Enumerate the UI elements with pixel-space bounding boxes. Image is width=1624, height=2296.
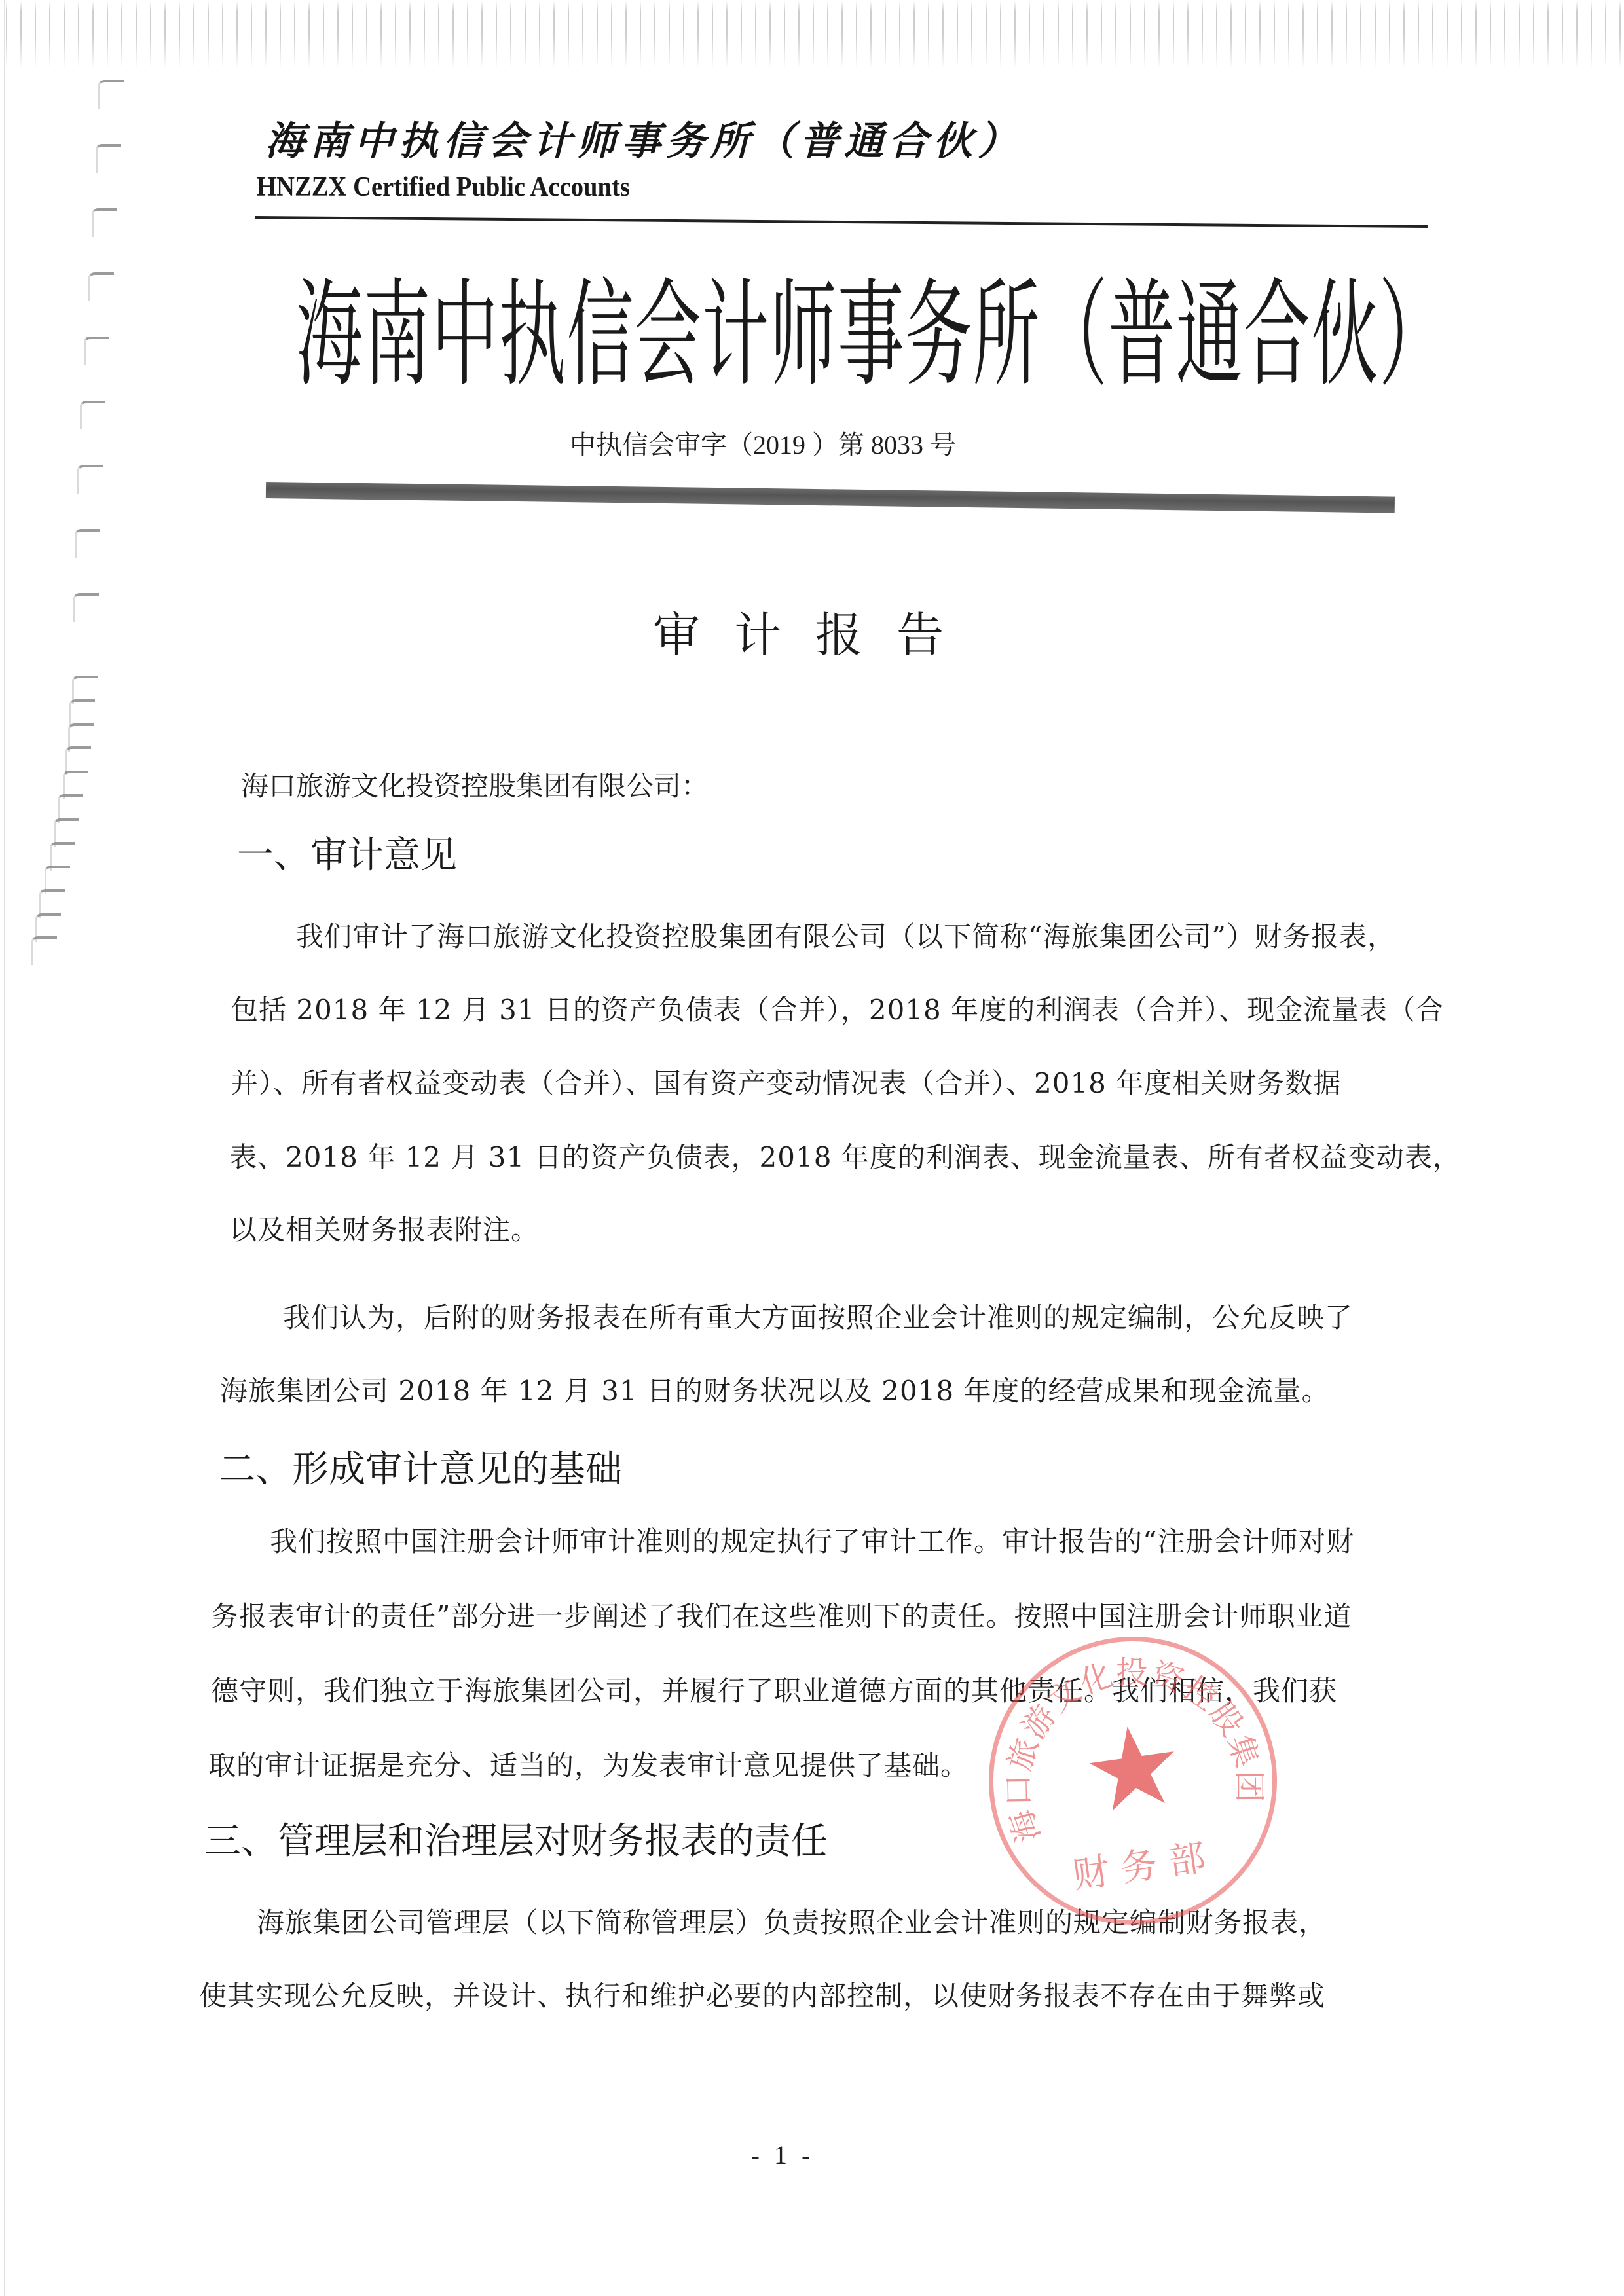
scan-noise-strip: [0, 0, 1624, 72]
letterhead-bar: [266, 482, 1395, 513]
letterhead-title: 海南中执信会计师事务所（普通合伙）: [296, 262, 1447, 409]
page-number: - 1 -: [0, 2140, 1624, 2170]
page-left-edge: [4, 0, 5, 2296]
paragraph-line: 取的审计证据是充分、适当的，为发表审计意见提供了基础。: [208, 1744, 969, 1783]
paragraph-line: 包括 2018 年 12 月 31 日的资产负债表（合并），2018 年度的利润…: [231, 989, 1444, 1028]
binding-mark: [96, 144, 121, 173]
binding-mark: [84, 337, 109, 365]
firm-name-en: HNZZX Certified Public Accounts: [257, 172, 630, 203]
company-seal: 海口旅游文化投资控股集团有限公司 ★ 财务部: [970, 1618, 1296, 1944]
star-icon: ★: [1077, 1713, 1188, 1824]
firm-name-cn: 海南中执信会计师事务所（普通合伙）: [265, 110, 1022, 166]
reference-number: 中执信会审字（2019 ）第 8033 号: [0, 424, 1624, 462]
header-divider: [255, 216, 1428, 228]
paragraph-line: 以及相关财务报表附注。: [229, 1209, 539, 1248]
paragraph-line: 并）、所有者权益变动表（合并）、国有资产变动情况表（合并）、2018 年度相关财…: [231, 1062, 1341, 1101]
paragraph-line: 我们认为，后附的财务报表在所有重大方面按照企业会计准则的规定编制，公允反映了: [283, 1296, 1353, 1336]
binding-mark: [88, 272, 114, 301]
binding-mark: [75, 529, 100, 558]
paragraph-line: 使其实现公允反映，并设计、执行和维护必要的内部控制，以使财务报表不存在由于舞弊或: [199, 1975, 1325, 2014]
addressee: 海口旅游文化投资控股集团有限公司：: [241, 765, 709, 804]
binding-mark: [92, 208, 117, 237]
binding-mark: [98, 80, 124, 109]
binding-mark: [31, 936, 57, 965]
paragraph-line: 务报表审计的责任”部分进一步阐述了我们在这些准则下的责任。按照中国注册会计师职业…: [211, 1595, 1352, 1634]
section-heading-2: 二、形成审计意见的基础: [219, 1440, 622, 1493]
paragraph-line: 表、2018 年 12 月 31 日的资产负债表，2018 年度的利润表、现金流…: [229, 1136, 1461, 1175]
paragraph-line: 海旅集团公司 2018 年 12 月 31 日的财务状况以及 2018 年度的经…: [220, 1370, 1329, 1409]
report-title: 审计报告: [0, 597, 1624, 665]
section-heading-3: 三、管理层和治理层对财务报表的责任: [204, 1812, 828, 1865]
paragraph-line: 我们按照中国注册会计师审计准则的规定执行了审计工作。审计报告的“注册会计师对财: [270, 1520, 1354, 1559]
binding-mark: [77, 465, 103, 494]
paragraph-line: 我们审计了海口旅游文化投资控股集团有限公司（以下简称“海旅集团公司”）财务报表，: [296, 915, 1395, 955]
section-heading-1: 一、审计意见: [237, 826, 457, 879]
